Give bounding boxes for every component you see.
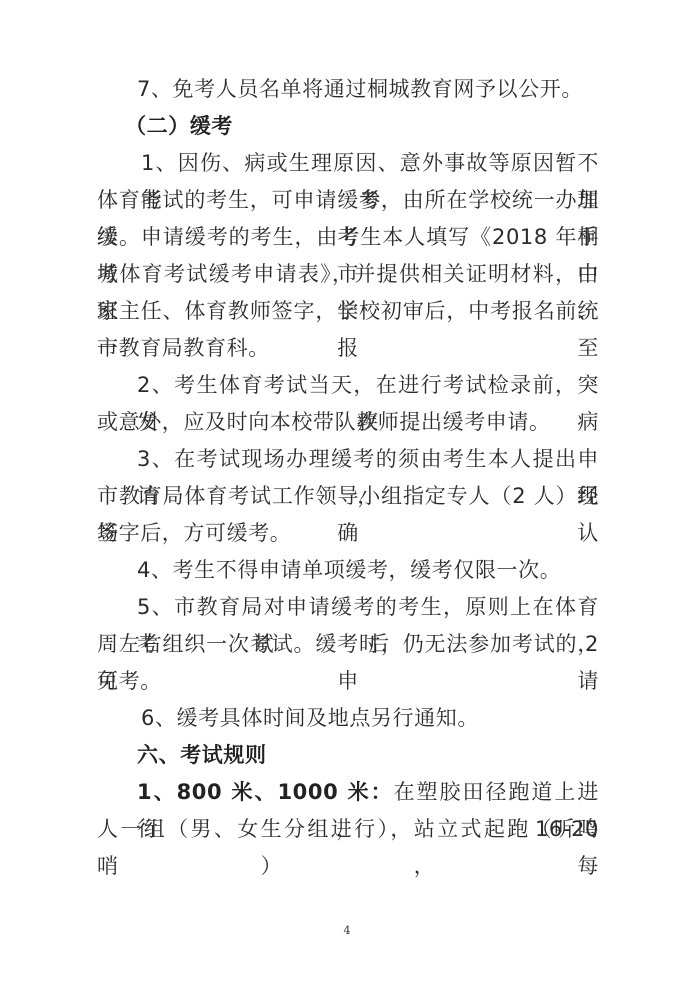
paragraph-deferral-1-line-2: 体育考试的考生，可申请缓考，由所在学校统一办理缓考手	[97, 182, 599, 219]
paragraph-item-7: 7、免考人员名单将通过桐城教育网予以公开。	[97, 71, 599, 108]
paragraph-deferral-2-line-1: 2、考生体育考试当天，在进行考试检录前，突发疾病	[97, 367, 599, 404]
paragraph-deferral-5-line-1: 5、市教育局对申请缓考的考生，原则上在体育考试后 2	[97, 589, 599, 626]
page-number: 4	[340, 924, 354, 937]
paragraph-deferral-3-line-2: 市教育局体育考试工作领导小组指定专人（2 人）现场确认	[97, 478, 599, 515]
paragraph-rule-1-line-1: 1、800 米、1000 米：在塑胶田径跑道上进行，16-20	[97, 774, 599, 811]
paragraph-deferral-6: 6、缓考具体时间及地点另行通知。	[97, 700, 599, 737]
paragraph-deferral-4: 4、考生不得申请单项缓考，缓考仅限一次。	[97, 552, 599, 589]
paragraph-deferral-1-line-4: 考体育考试缓考申请表》，并提供相关证明材料，由家长、	[97, 256, 599, 293]
paragraph-rule-1-line-2: 人一组（男、女生分组进行），站立式起跑（听鸣哨），每	[97, 811, 599, 848]
rule-1-lead: 1、800 米、1000 米：	[137, 780, 394, 804]
section-heading-exam-rules: 六、考试规则	[97, 737, 599, 774]
document-page: 7、免考人员名单将通过桐城教育网予以公开。 （二）缓考 1、因伤、病或生理原因、…	[97, 71, 599, 848]
paragraph-deferral-1-line-1: 1、因伤、病或生理原因、意外事故等原因暂不能参加	[97, 145, 599, 182]
paragraph-deferral-1-line-3: 续。申请缓考的考生，由考生本人填写《2018 年桐城市中	[97, 219, 599, 256]
paragraph-deferral-5-line-2: 周左右组织一次考试。缓考时，仍无法参加考试的，可申请	[97, 626, 599, 663]
paragraph-deferral-3-line-1: 3、在考试现场办理缓考的须由考生本人提出申请，经	[97, 441, 599, 478]
paragraph-deferral-1-line-5: 班主任、体育教师签字，学校初审后，中考报名前统一报至	[97, 293, 599, 330]
paragraph-deferral-2-line-2: 或意外，应及时向本校带队教师提出缓考申请。	[97, 404, 599, 441]
section-heading-deferral: （二）缓考	[97, 108, 599, 145]
